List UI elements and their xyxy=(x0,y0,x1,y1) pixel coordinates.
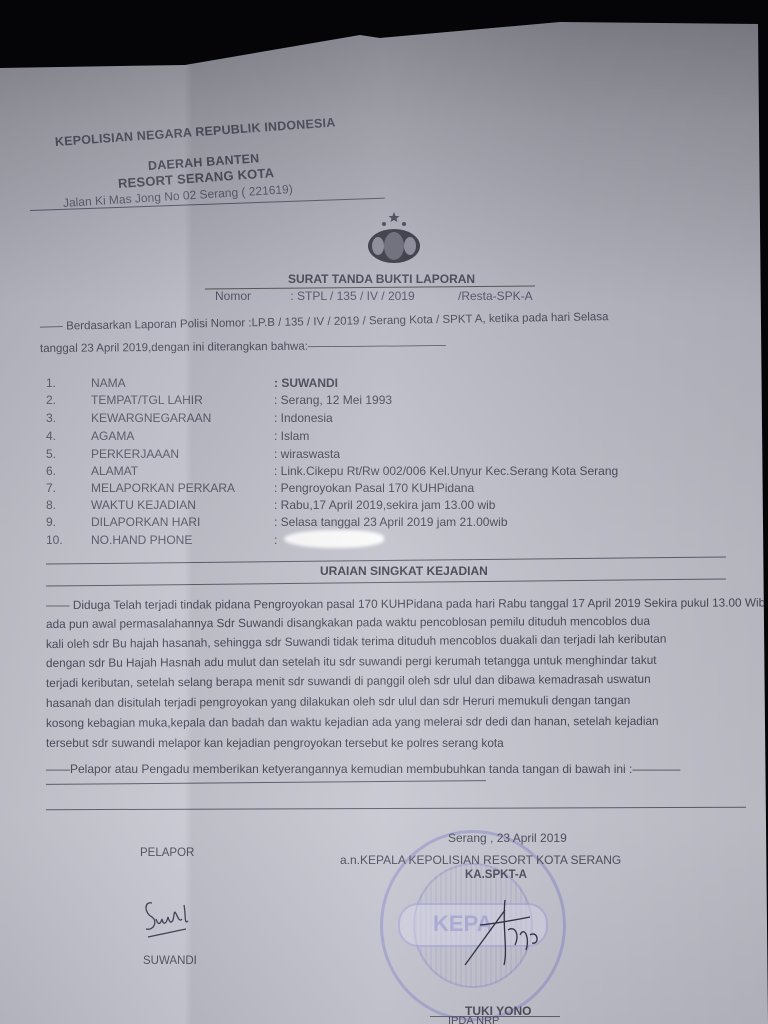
nomor-label: Nomor xyxy=(215,289,251,303)
police-emblem-icon xyxy=(362,210,426,266)
field-label: WAKTU KEJADIAN xyxy=(91,498,196,512)
field-label: NO.HAND PHONE xyxy=(91,533,192,547)
field-label: MELAPORKAN PERKARA xyxy=(91,481,235,495)
field-label: ALAMAT xyxy=(91,464,138,478)
field-label: DILAPORKAN HARI xyxy=(91,515,200,529)
field-value: : Islam xyxy=(274,429,309,443)
uraian-line: —— Diduga Telah terjadi tindak pidana Pe… xyxy=(46,595,768,612)
field-number: 7. xyxy=(46,481,56,495)
nomor-value: : STPL / 135 / IV / 2019 xyxy=(290,289,414,303)
field-label: KEWARGNEGARAAN xyxy=(91,411,211,425)
field-value: : Pengroyokan Pasal 170 KUHPidana xyxy=(274,481,474,495)
uraian-line: kosong kebagian muka,kepala dan badah da… xyxy=(46,714,659,730)
divider-bottom xyxy=(46,578,726,586)
field-value: : SUWANDI xyxy=(274,376,338,390)
officer-position: KA.SPKT-A xyxy=(465,869,527,881)
closing-underline xyxy=(46,780,486,785)
reporter-label: PELAPOR xyxy=(140,847,194,859)
field-value: : Selasa tanggal 23 April 2019 jam 21.00… xyxy=(274,515,508,529)
field-value: : Serang, 12 Mei 1993 xyxy=(274,393,392,407)
field-value: : Link.Cikepu Rt/Rw 002/006 Kel.Unyur Ke… xyxy=(274,464,618,478)
closing-statement: ——Pelapor atau Pengadu memberikan ketyer… xyxy=(46,762,680,776)
field-label: NAMA xyxy=(91,376,126,390)
uraian-line: tersebut sdr suwandi melapor kan kejadia… xyxy=(46,736,504,750)
field-number: 8. xyxy=(46,498,56,512)
uraian-line: kali oleh sdr Bu hajah hasanah, sehingga… xyxy=(46,632,666,651)
place-date: Serang , 23 April 2019 xyxy=(448,831,567,845)
uraian-line: terjadi keributan, setelah selang berapa… xyxy=(46,672,651,690)
field-label: TEMPAT/TGL LAHIR xyxy=(91,393,203,407)
field-value: : xyxy=(274,533,277,547)
uraian-title: URAIAN SINGKAT KEJADIAN xyxy=(320,564,488,578)
field-label: AGAMA xyxy=(91,429,134,443)
document-paper: KEPOLISIAN NEGARA REPUBLIK INDONESIA DAE… xyxy=(0,0,768,1024)
redacted-phone xyxy=(284,530,384,548)
field-value: : Rabu,17 April 2019,sekira jam 13.00 wi… xyxy=(274,498,495,512)
field-value: : Indonesia xyxy=(274,411,333,425)
field-number: 1. xyxy=(46,376,56,390)
officer-signature-icon xyxy=(460,895,560,975)
uraian-line: ada pun awal permasalahannya Sdr Suwandi… xyxy=(46,614,650,631)
nomor-suffix: /Resta-SPK-A xyxy=(458,289,533,303)
closing-underline-2 xyxy=(46,807,746,810)
document-title: SURAT TANDA BUKTI LAPORAN xyxy=(288,272,475,286)
field-number: 10. xyxy=(46,533,63,547)
on-behalf-of: a.n.KEPALA KEPOLISIAN RESORT KOTA SERANG xyxy=(340,853,621,867)
field-label: PERKERJAAAN xyxy=(91,447,179,461)
intro-line-1: —— Berdasarkan Laporan Polisi Nomor :LP.… xyxy=(40,311,609,333)
header-line-1: KEPOLISIAN NEGARA REPUBLIK INDONESIA xyxy=(55,115,336,149)
reporter-name: SUWANDI xyxy=(143,955,197,967)
uraian-line: dengan sdr Bu Hajah Hasnah adu mulut dan… xyxy=(46,653,657,670)
field-number: 3. xyxy=(46,411,56,425)
field-value: : wiraswasta xyxy=(274,447,340,461)
field-number: 2. xyxy=(46,393,56,407)
field-number: 5. xyxy=(46,447,56,461)
uraian-line: hasanah dan disitulah terjadi pengroyoka… xyxy=(46,693,630,710)
reporter-signature-icon xyxy=(140,895,200,945)
field-number: 9. xyxy=(46,515,56,529)
field-number: 6. xyxy=(46,464,56,478)
officer-rank: IPDA NRP xyxy=(448,1015,499,1024)
intro-line-2: tanggal 23 April 2019,dengan ini diteran… xyxy=(40,339,446,355)
document-number: Nomor : STPL / 135 / IV / 2019 /Resta-SP… xyxy=(215,289,533,303)
field-number: 4. xyxy=(46,429,56,443)
